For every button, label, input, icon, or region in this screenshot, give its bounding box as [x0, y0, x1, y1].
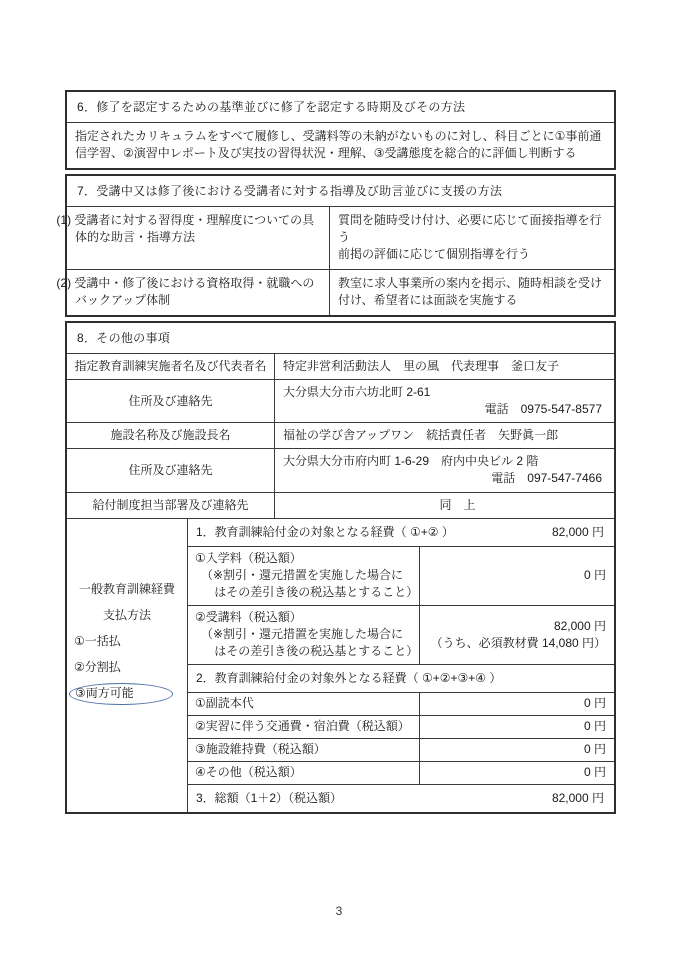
fee-label: ④その他（税込額） — [188, 762, 420, 784]
payment-method-cell: 一般教育訓練経費 支払方法 ①一括払 ②分割払 ③両方可能 — [67, 519, 188, 812]
info-label: 住所及び連絡先 — [67, 380, 275, 422]
fee-label: 1．教育訓練給付金の対象となる経費（ ①+② ） — [196, 524, 454, 541]
section-6-title: 6．修了を認定するための基準並びに修了を認定する時期及びその方法 — [67, 92, 614, 122]
fee-table: 1．教育訓練給付金の対象となる経費（ ①+② ） 82,000 円 ①入学料（税… — [188, 519, 614, 812]
fee-row-other: ④その他（税込額） 0 円 — [188, 761, 614, 784]
payment-option-both: ③両方可能 — [75, 685, 134, 702]
fee-amount: 0 円 — [420, 762, 614, 784]
fee-label: ②受講料（税込額） — [195, 609, 415, 626]
fee-area: 一般教育訓練経費 支払方法 ①一括払 ②分割払 ③両方可能 1．教育訓練給付金の… — [67, 518, 614, 812]
fee-row-facility-maintenance: ③施設維持費（税込額） 0 円 — [188, 738, 614, 761]
fee-label: ③施設維持費（税込額） — [188, 739, 420, 761]
section-7-title: 7．受講中又は修了後における受講者に対する指導及び助言並びに支援の方法 — [67, 176, 614, 206]
fee-row-entry-fee: ①入学料（税込額） （※割引・還元措置を実施した場合にはその差引き後の税込基とす… — [188, 546, 614, 605]
info-label: 住所及び連絡先 — [67, 449, 275, 491]
phone-value: 電話 0975-547-8577 — [283, 401, 606, 418]
fee-amount-note: （うち、必須教材費 14,080 円） — [431, 635, 606, 652]
fee-row-travel-lodging: ②実習に伴う交通費・宿泊費（税込額） 0 円 — [188, 715, 614, 738]
info-row-address-1: 住所及び連絡先 大分県大分市六坊北町 2-61 電話 0975-547-8577 — [67, 379, 614, 422]
payment-line: 支払方法 — [67, 607, 187, 624]
phone-value: 電話 097-547-7466 — [283, 470, 606, 487]
fee-amount: 82,000 円 — [552, 524, 606, 541]
fee-label: 3．総額（1＋2）（税込額） — [196, 790, 342, 807]
fee-amount: 82,000 円 — [552, 790, 606, 807]
guidance-label: (1) 受講者に対する習得度・理解度についての具体的な助言・指導方法 — [67, 207, 330, 269]
info-row-provider: 指定教育訓練実施者名及び代表者名 特定非営利活動法人 里の風 代表理事 釜口友子 — [67, 353, 614, 379]
circled-selection-annotation: ③両方可能 — [69, 683, 173, 705]
fee-label: ①副読本代 — [188, 693, 420, 715]
fee-amount: 0 円 — [584, 567, 606, 584]
fee-row-ineligible-header: 2．教育訓練給付金の対象外となる経費（ ①+②+③+④ ） — [188, 664, 614, 692]
fee-row-eligible-total: 1．教育訓練給付金の対象となる経費（ ①+② ） 82,000 円 — [188, 519, 614, 546]
section-8-title: 8．その他の事項 — [67, 323, 614, 353]
section-6-body: 指定されたカリキュラムをすべて履修し、受講料等の未納がないものに対し、科目ごとに… — [67, 122, 614, 168]
form-content: 6．修了を認定するための基準並びに修了を認定する時期及びその方法 指定されたカリ… — [65, 90, 616, 818]
guidance-row: (2) 受講中・修了後における資格取得・就職へのバックアップ体制 教室に求人事業… — [67, 269, 614, 315]
address-value: 大分県大分市六坊北町 2-61 — [283, 384, 606, 401]
fee-amount: 0 円 — [420, 739, 614, 761]
fee-label: 2．教育訓練給付金の対象外となる経費（ ①+②+③+④ ） — [196, 670, 501, 687]
info-row-address-2: 住所及び連絡先 大分県大分市府内町 1-6-29 府内中央ビル 2 階 電話 0… — [67, 448, 614, 491]
info-value: 特定非営利活動法人 里の風 代表理事 釜口友子 — [283, 358, 606, 375]
section-7: 7．受講中又は修了後における受講者に対する指導及び助言並びに支援の方法 (1) … — [65, 174, 616, 317]
info-row-facility: 施設名称及び施設長名 福祉の学び舎アップワン 統括責任者 矢野眞一郎 — [67, 422, 614, 448]
info-label: 施設名称及び施設長名 — [67, 423, 275, 448]
info-value: 福祉の学び舎アップワン 統括責任者 矢野眞一郎 — [283, 427, 606, 444]
fee-row-tuition: ②受講料（税込額） （※割引・還元措置を実施した場合にはその差引き後の税込基とす… — [188, 605, 614, 664]
section-8: 8．その他の事項 指定教育訓練実施者名及び代表者名 特定非営利活動法人 里の風 … — [65, 321, 616, 814]
fee-row-supplementary-books: ①副読本代 0 円 — [188, 692, 614, 715]
guidance-label: (2) 受講中・修了後における資格取得・就職へのバックアップ体制 — [67, 270, 330, 315]
info-label: 給付制度担当部署及び連絡先 — [67, 493, 275, 518]
fee-amount: 0 円 — [420, 716, 614, 738]
page-number: 3 — [0, 903, 678, 920]
guidance-row: (1) 受講者に対する習得度・理解度についての具体的な助言・指導方法 質問を随時… — [67, 206, 614, 269]
fee-label: ①入学料（税込額） — [195, 550, 415, 567]
document-page: { "page": { "number": "3", "circle_color… — [0, 0, 678, 960]
address-value: 大分県大分市府内町 1-6-29 府内中央ビル 2 階 — [283, 453, 606, 470]
payment-option-lump-sum: ①一括払 — [67, 633, 187, 650]
fee-amount: 0 円 — [420, 693, 614, 715]
fee-label: ②実習に伴う交通費・宿泊費（税込額） — [188, 716, 420, 738]
info-label: 指定教育訓練実施者名及び代表者名 — [67, 354, 275, 379]
section-6: 6．修了を認定するための基準並びに修了を認定する時期及びその方法 指定されたカリ… — [65, 90, 616, 170]
guidance-value: 教室に求人事業所の案内を掲示、随時相談を受け付け、希望者には面談を実施する — [330, 270, 614, 315]
payment-line: 一般教育訓練経費 — [67, 581, 187, 598]
guidance-value: 質問を随時受け付け、必要に応じて面接指導を行う 前掲の評価に応じて個別指導を行う — [330, 207, 614, 269]
fee-amount: 82,000 円 — [554, 618, 606, 635]
payment-option-installments: ②分割払 — [67, 659, 187, 676]
info-row-benefit-dept: 給付制度担当部署及び連絡先 同 上 — [67, 492, 614, 518]
fee-row-grand-total: 3．総額（1＋2）（税込額） 82,000 円 — [188, 784, 614, 812]
info-value: 同 上 — [439, 497, 475, 514]
fee-note: （※割引・還元措置を実施した場合にはその差引き後の税込基とすること） — [195, 626, 415, 660]
fee-note: （※割引・還元措置を実施した場合にはその差引き後の税込基とすること） — [195, 567, 415, 601]
